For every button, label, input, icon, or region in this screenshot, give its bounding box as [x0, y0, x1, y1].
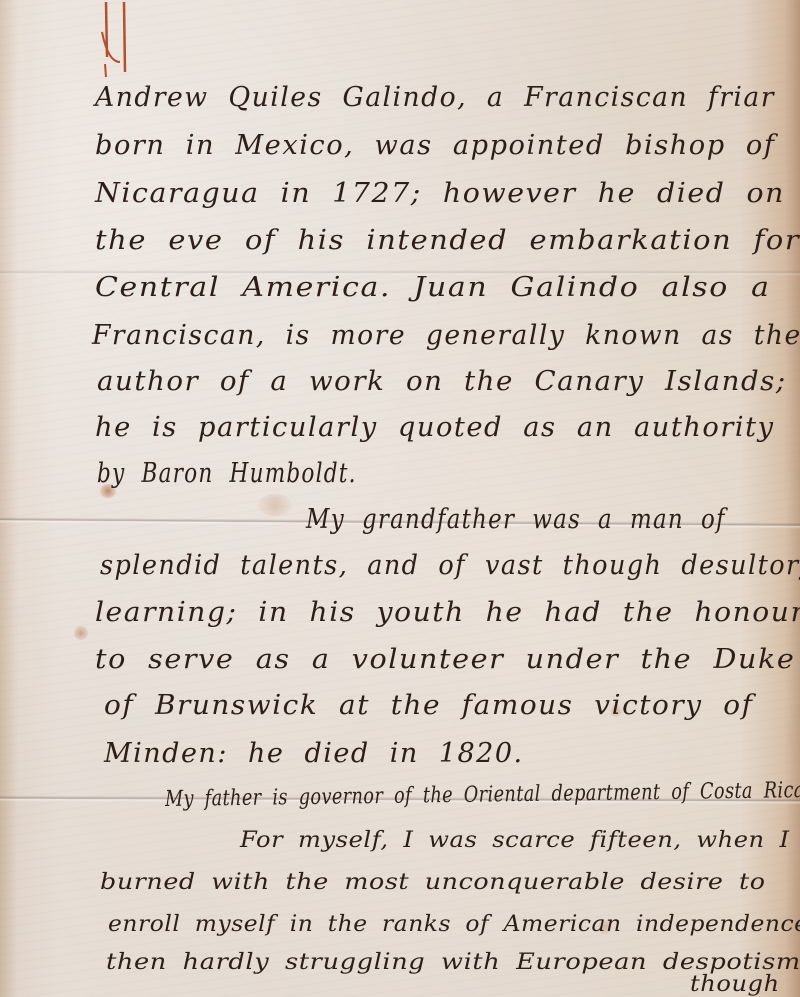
- text-line: Minden: he died in 1820.: [104, 738, 524, 769]
- text-line: My grandfather was a man of: [306, 504, 726, 535]
- text-line: author of a work on the Canary Islands;: [97, 366, 787, 397]
- text-line: enroll myself in the ranks of American i…: [108, 912, 800, 937]
- text-line: splendid talents, and of vast though des…: [100, 550, 800, 581]
- manuscript-text: Andrew Quiles Galindo, a Franciscan fria…: [0, 0, 800, 997]
- text-line: of Brunswick at the famous victory of: [104, 690, 753, 721]
- text-line: learning; in his youth he had the honour: [95, 597, 800, 628]
- text-line: For myself, I was scarce fifteen, when I: [240, 828, 790, 853]
- text-line: My father is governor of the Oriental de…: [165, 778, 800, 812]
- text-line: Andrew Quiles Galindo, a Franciscan fria…: [95, 82, 775, 113]
- manuscript-page: Andrew Quiles Galindo, a Franciscan fria…: [0, 0, 800, 997]
- text-line: Nicaragua in 1727; however he died on: [95, 178, 785, 209]
- text-line: Franciscan, is more generally known as t…: [92, 320, 800, 351]
- text-line: the eve of his intended embarkation for: [95, 225, 800, 256]
- text-line: to serve as a volunteer under the Duke: [95, 644, 795, 675]
- text-line: burned with the most unconquerable desir…: [100, 870, 766, 895]
- text-line: Central America. Juan Galindo also a: [95, 272, 771, 303]
- text-line: he is particularly quoted as an authorit…: [95, 412, 775, 443]
- text-line: by Baron Humboldt.: [97, 458, 357, 489]
- text-line: though: [690, 972, 780, 997]
- text-line: born in Mexico, was appointed bishop of: [95, 130, 775, 161]
